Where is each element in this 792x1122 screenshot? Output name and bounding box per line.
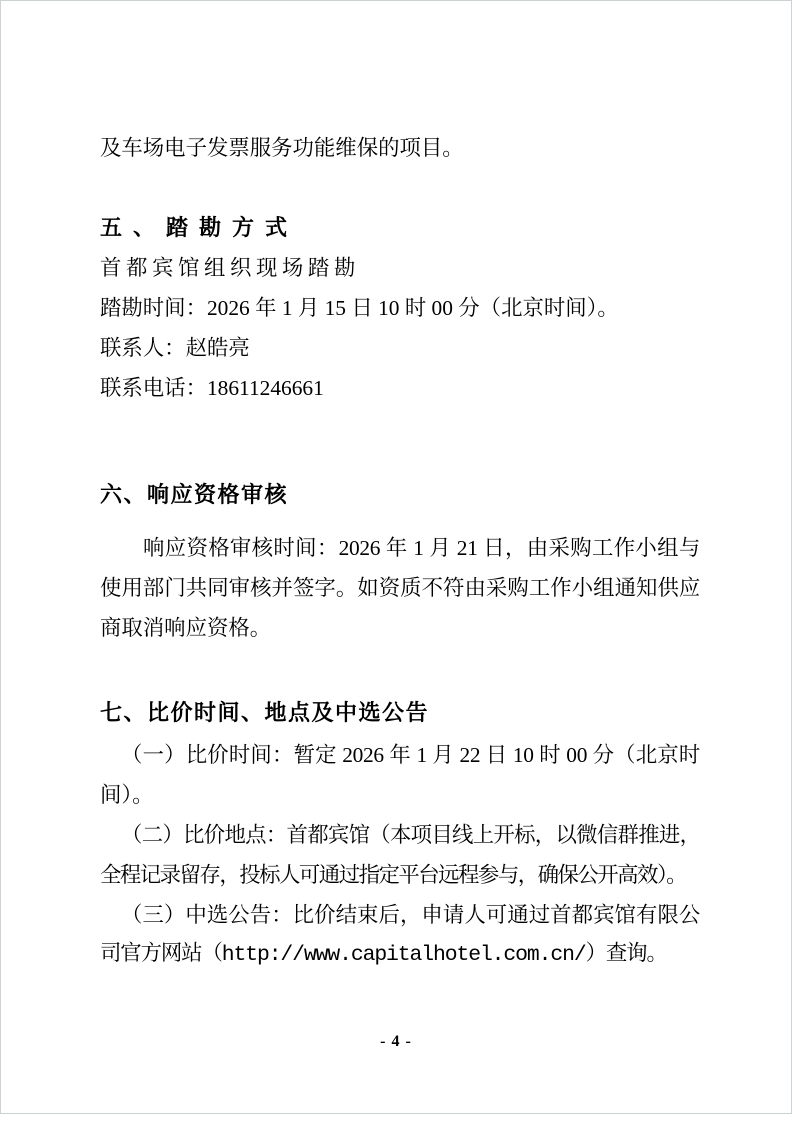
document-page: 及车场电子发票服务功能维保的项目。五、踏勘方式首都宾馆组织现场踏勘踏勘时间：20… [0,0,792,1122]
doc-line: （一）比价时间：暂定 2026 年 1 月 22 日 10 时 00 分（北京时 [100,735,700,775]
heading-line: 六、响应资格审核 [100,475,700,515]
doc-line: 联系人：赵皓亮 [100,328,700,368]
doc-line: 商取消响应资格。 [100,608,700,648]
doc-line: 间）。 [100,775,700,815]
intro-paragraph-continuation: 及车场电子发票服务功能维保的项目。 [100,128,700,168]
section-6-heading: 六、响应资格审核 [100,475,700,515]
doc-line: 踏勘时间：2026 年 1 月 15 日 10 时 00 分（北京时间）。 [100,288,700,328]
doc-line: 使用部门共同审核并签字。如资质不符由采购工作小组通知供应 [100,568,700,608]
doc-line: 响应资格审核时间：2026 年 1 月 21 日，由采购工作小组与 [100,528,700,568]
bid-location-item: （二）比价地点：首都宾馆（本项目线上开标，以微信群推进，全程记录留存，投标人可通… [100,815,700,895]
qualification-review-paragraph: 响应资格审核时间：2026 年 1 月 21 日，由采购工作小组与使用部门共同审… [100,528,700,648]
section-7-heading: 七、比价时间、地点及中选公告 [100,693,700,733]
doc-line: 及车场电子发票服务功能维保的项目。 [100,128,700,168]
doc-line: （二）比价地点：首都宾馆（本项目线上开标，以微信群推进， [100,815,700,855]
doc-line: （三）中选公告：比价结束后，申请人可通过首都宾馆有限公 [100,895,700,935]
doc-line: 司官方网站（http://www.capitalhotel.com.cn/）查询… [100,935,700,975]
section-5-heading: 五、踏勘方式 [100,208,700,248]
doc-line: 联系电话：18611246661 [100,368,700,408]
site-survey-details: 首都宾馆组织现场踏勘踏勘时间：2026 年 1 月 15 日 10 时 00 分… [100,248,700,408]
heading-line: 七、比价时间、地点及中选公告 [100,693,700,733]
award-announcement-item: （三）中选公告：比价结束后，申请人可通过首都宾馆有限公司官方网站（http://… [100,895,700,975]
bid-time-item: （一）比价时间：暂定 2026 年 1 月 22 日 10 时 00 分（北京时… [100,735,700,815]
doc-line: 全程记录留存，投标人可通过指定平台远程参与，确保公开高效）。 [100,855,700,895]
page-number: - 4 - [0,1032,792,1052]
document-content: 及车场电子发票服务功能维保的项目。五、踏勘方式首都宾馆组织现场踏勘踏勘时间：20… [100,128,700,975]
heading-line: 五、踏勘方式 [100,208,700,248]
doc-line: 首都宾馆组织现场踏勘 [100,248,700,288]
